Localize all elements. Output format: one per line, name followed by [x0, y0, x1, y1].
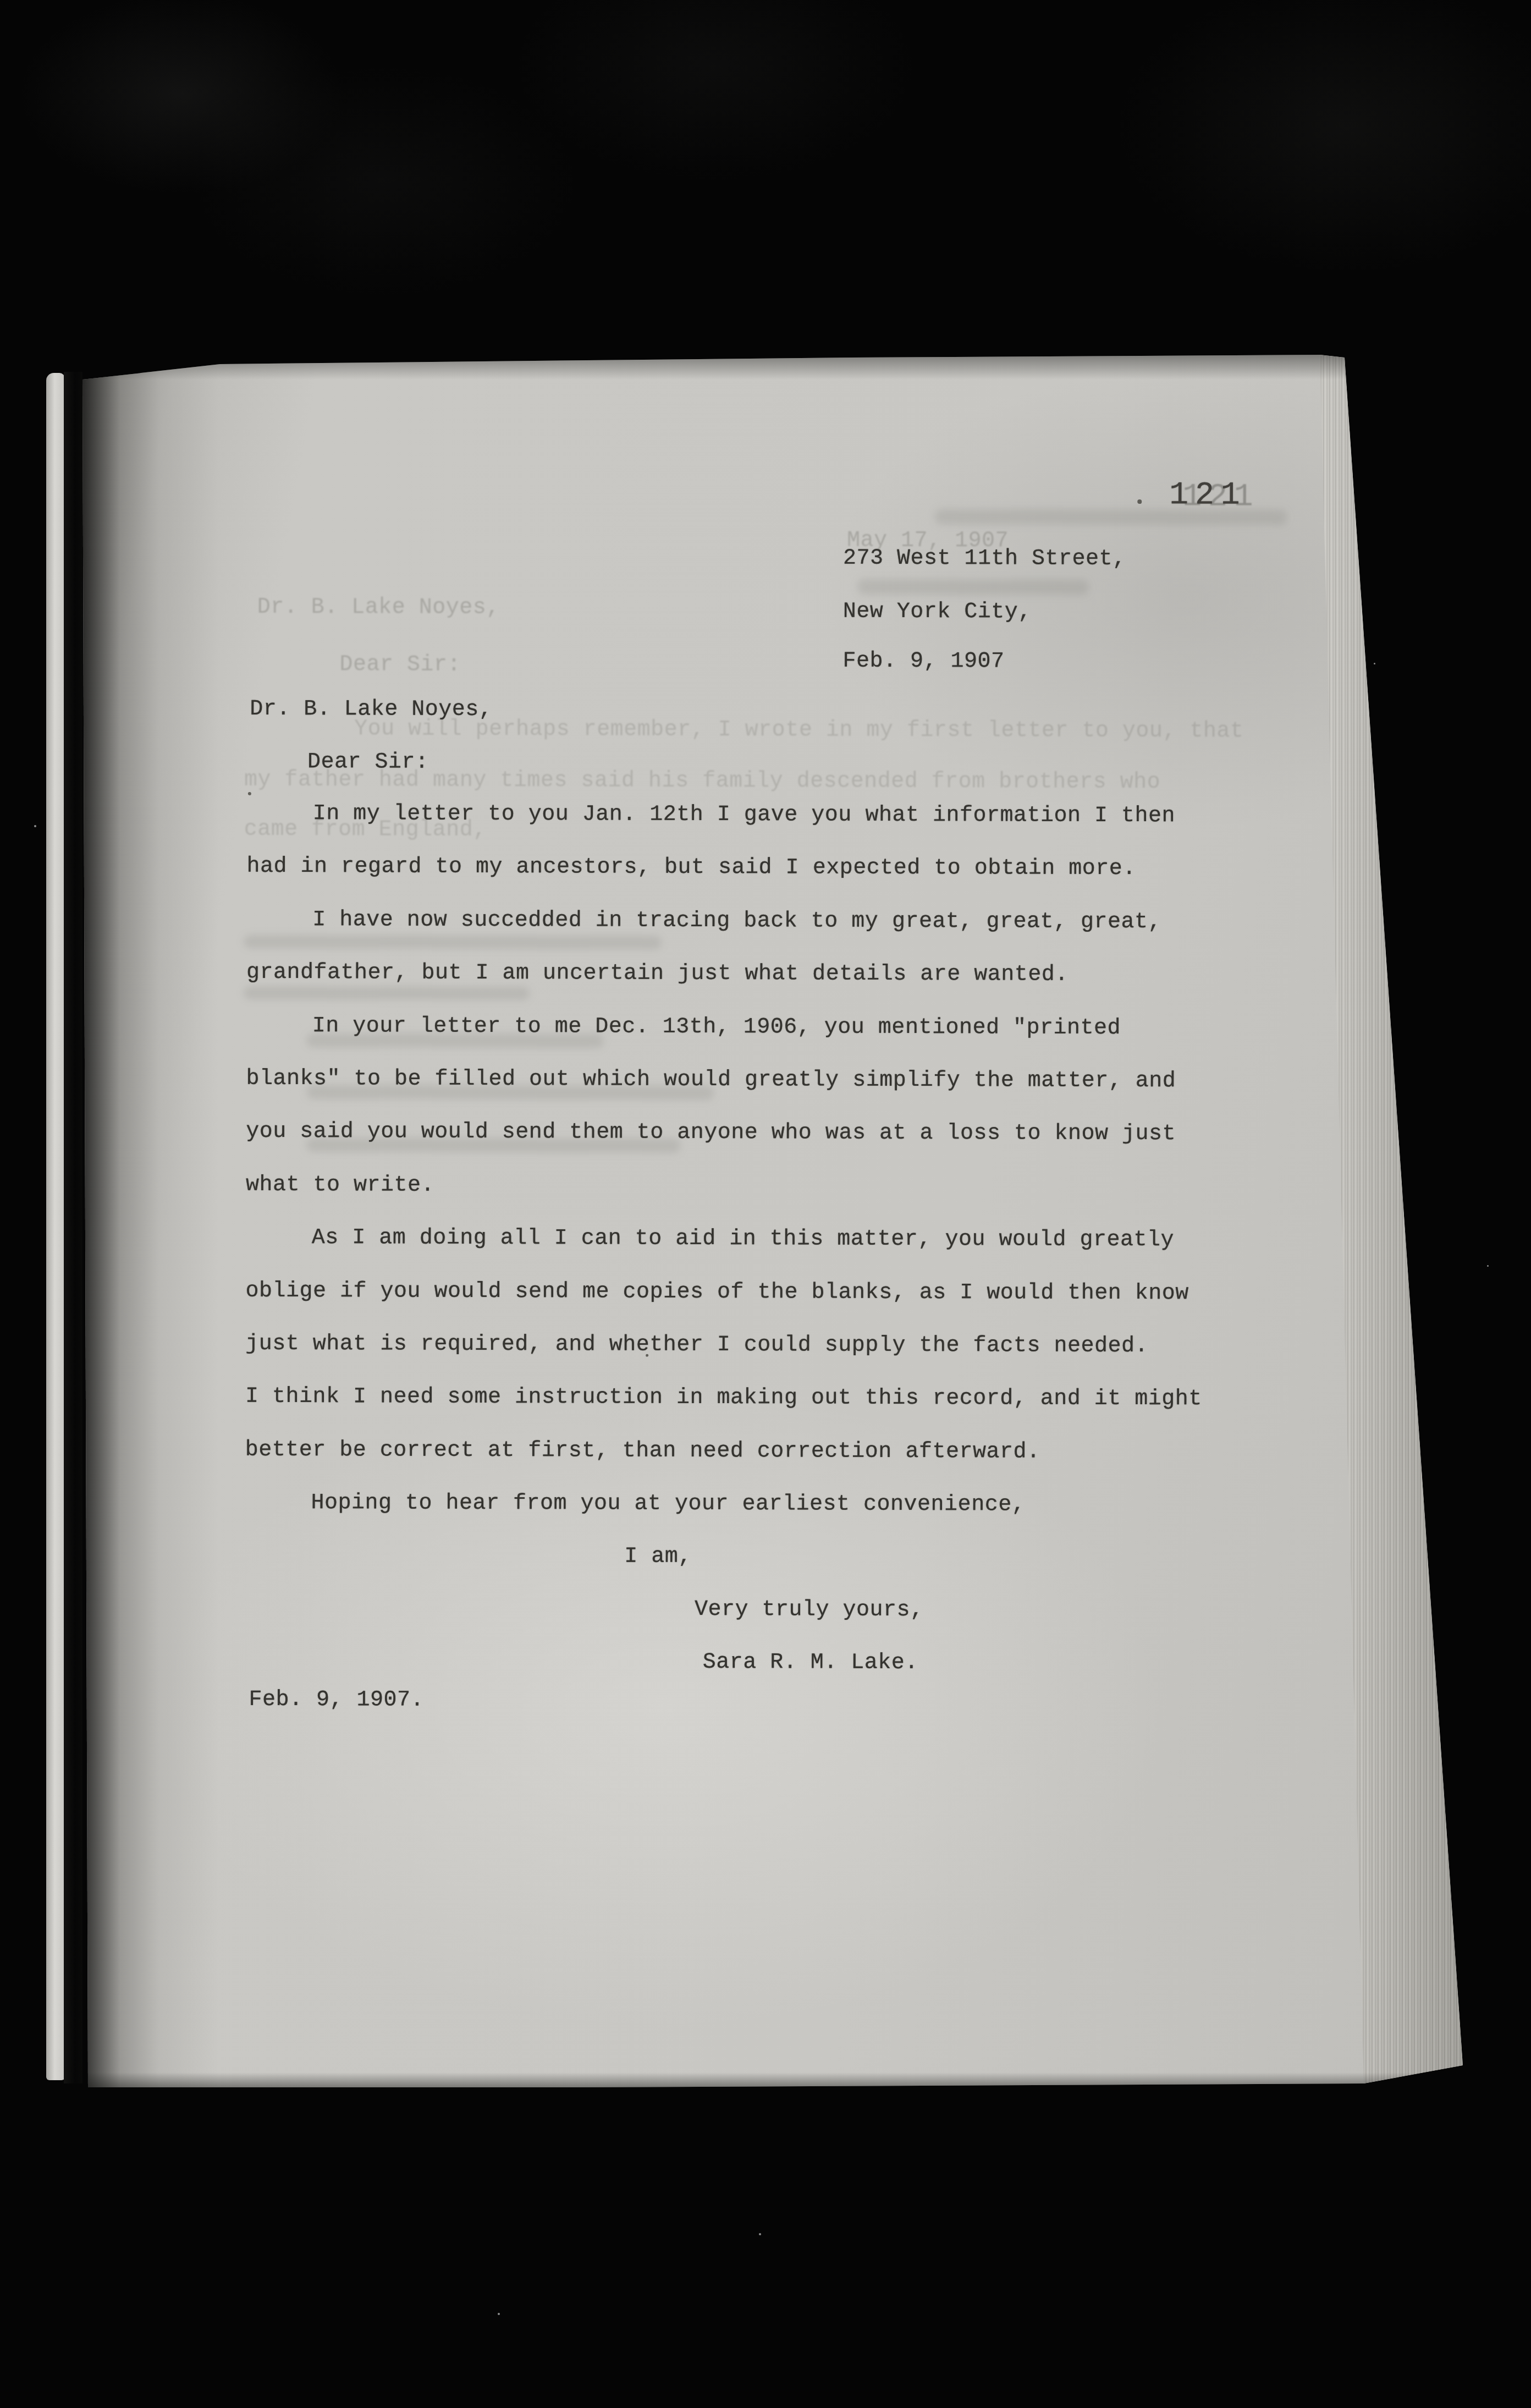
- letter-line: Hoping to hear from you at your earliest…: [311, 1491, 1025, 1518]
- dust-speck: [498, 2313, 500, 2315]
- letter-line: you said you would send them to anyone w…: [246, 1119, 1176, 1147]
- letter-line: grandfather, but I am uncertain just wha…: [246, 960, 1069, 988]
- dust-speck: [34, 825, 36, 827]
- dust-speck: [1487, 1265, 1489, 1267]
- letter-line: As I am doing all I can to aid in this m…: [312, 1225, 1174, 1253]
- letter-line: I have now succedded in tracing back to …: [312, 908, 1161, 935]
- dust-speck: [1374, 663, 1375, 664]
- letter-line: In your letter to me Dec. 13th, 1906, yo…: [312, 1014, 1121, 1041]
- letter-line: In my letter to you Jan. 12th I gave you…: [313, 801, 1175, 829]
- greeting: Dear Sir:: [307, 750, 429, 776]
- ink-speck: [1137, 499, 1142, 504]
- ghost-greeting: Dear Sir:: [339, 652, 461, 678]
- signature: Sara R. M. Lake.: [703, 1650, 918, 1676]
- footer-date: Feb. 9, 1907.: [249, 1687, 424, 1713]
- ink-speck: [248, 792, 251, 795]
- dust-speck: [759, 2233, 761, 2235]
- letter-line: just what is required, and whether I cou…: [245, 1332, 1148, 1359]
- return-address-street: 273 West 11th Street,: [843, 546, 1126, 572]
- recipient-name: Dr. B. Lake Noyes,: [250, 697, 492, 723]
- letter-line: better be correct at first, than need co…: [245, 1438, 1040, 1465]
- closing-valediction: Very truly yours,: [695, 1597, 924, 1623]
- page-number-stamp: 121: [1169, 480, 1247, 512]
- ghost-recipient-name: Dr. B. Lake Noyes,: [257, 595, 500, 621]
- book-scan-background: 121 May 17, 1907 Dr. B. Lake Noyes, Dear…: [0, 0, 1531, 2408]
- letter-line: had in regard to my ancestors, but said …: [246, 854, 1136, 882]
- return-address-date: Feb. 9, 1907: [842, 649, 1004, 675]
- letter-line: blanks" to be filled out which would gre…: [246, 1066, 1176, 1094]
- letter-line: what to write.: [246, 1173, 434, 1198]
- ghost-smudge: [244, 986, 530, 1000]
- ghost-smudge: [858, 579, 1089, 595]
- letter-text-layer: 121 May 17, 1907 Dr. B. Lake Noyes, Dear…: [0, 0, 1531, 2408]
- ink-speck: [646, 1354, 648, 1357]
- letter-line: I think I need some instruction in makin…: [245, 1384, 1202, 1412]
- letter-line: oblige if you would send me copies of th…: [245, 1279, 1188, 1306]
- ghost-smudge: [244, 935, 662, 949]
- closing-i-am: I am,: [624, 1544, 692, 1570]
- return-address-city: New York City,: [843, 600, 1032, 625]
- ghost-smudge: [935, 509, 1287, 525]
